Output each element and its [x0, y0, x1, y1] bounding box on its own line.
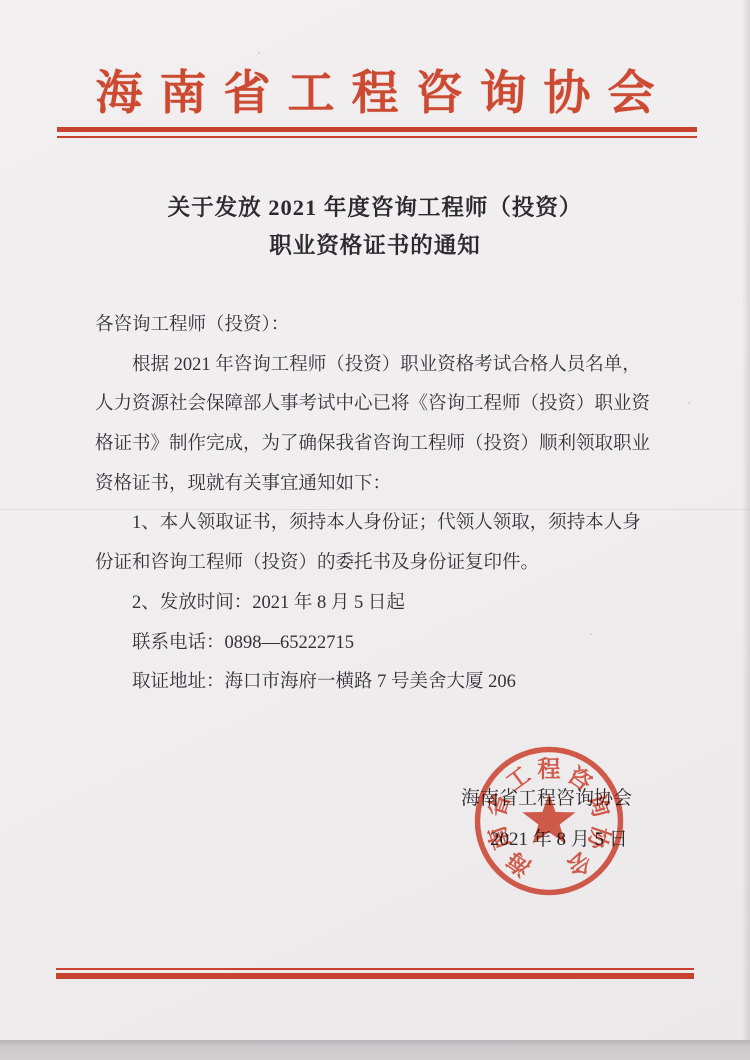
- notice-body: 各咨询工程师（投资）： 根据 2021 年咨询工程师（投资）职业资格考试合格人员…: [95, 306, 675, 703]
- scanner-shadow-bottom: [0, 1040, 750, 1060]
- seal-char: 程: [538, 756, 561, 782]
- body-line-salutation: 各咨询工程师（投资）：: [95, 306, 675, 346]
- notice-title-line1: 关于发放 2021 年度咨询工程师（投资）: [0, 193, 750, 223]
- body-line: 人力资源社会保障部人事考试中心已将《咨询工程师（投资）职业资: [95, 385, 675, 425]
- seal-char: 咨: [563, 762, 596, 796]
- scan-speck: [258, 52, 260, 54]
- header-rule-thin: [57, 136, 697, 138]
- body-line-item-1: 1、本人领取证书，须持本人身份证；代领人领取，须持本人身: [95, 504, 675, 544]
- paper-fold-crease: [0, 509, 750, 510]
- footer-rule-thick: [56, 973, 694, 979]
- body-line: 份证和咨询工程师（投资）的委托书及身份证复印件。: [95, 544, 675, 584]
- seal-char: 询: [583, 791, 614, 820]
- body-line: 资格证书，现就有关事宜通知如下：: [95, 465, 675, 505]
- body-line: 格证书》制作完成，为了确保我省咨询工程师（投资）顺利领取职业: [95, 425, 675, 465]
- header-rule-thick: [57, 127, 697, 132]
- seal-char: 协: [582, 823, 613, 854]
- body-line: 根据 2021 年咨询工程师（投资）职业资格考试合格人员名单，: [95, 346, 675, 386]
- footer-rule-thin: [56, 968, 694, 970]
- body-line-item-2: 2、发放时间：2021 年 8 月 5 日起: [95, 584, 675, 624]
- notice-title-line2: 职业资格证书的通知: [0, 231, 750, 261]
- official-seal: 海 南 省 工 程 咨 询 协 会: [463, 735, 635, 907]
- page-edge-shadow-right: [742, 0, 750, 1060]
- letterhead-org-title: 海南省工程咨询协会: [0, 56, 750, 123]
- scanned-notice-page: 海南省工程咨询协会 关于发放 2021 年度咨询工程师（投资） 职业资格证书的通…: [0, 0, 750, 1060]
- scan-speck: [590, 633, 592, 635]
- seal-char: 工: [502, 762, 535, 796]
- seal-char: 南: [483, 823, 515, 853]
- body-line-address: 取证地址：海口市海府一横路 7 号美舍大厦 206: [95, 663, 675, 703]
- body-line-phone: 联系电话：0898—65222715: [95, 624, 675, 664]
- seal-char: 省: [484, 791, 515, 820]
- star-icon: [522, 793, 575, 844]
- scan-speck: [688, 402, 690, 404]
